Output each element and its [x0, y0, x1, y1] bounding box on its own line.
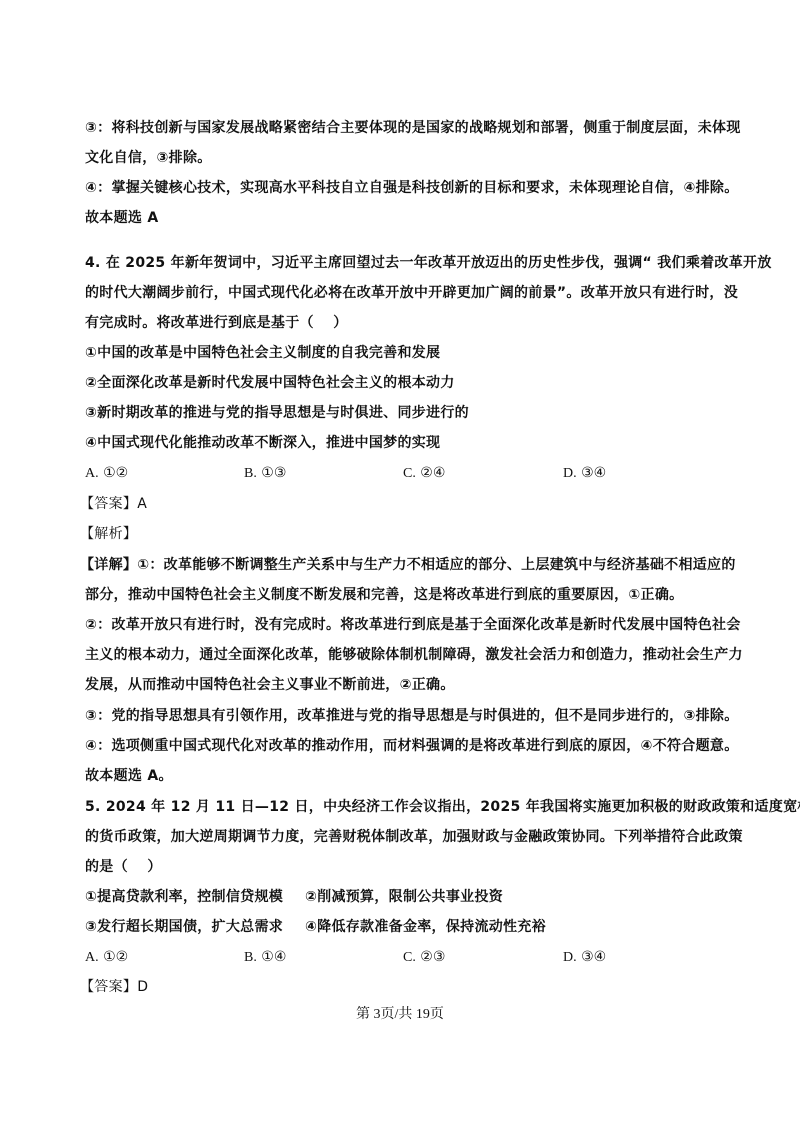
q4-answer: 【答案】A	[80, 494, 147, 514]
q4-statement: ②全面深化改革是新时代发展中国特色社会主义的根本动力	[85, 373, 455, 393]
option-label: C.	[403, 950, 416, 965]
q4-explanation-line: ③：党的指导思想具有引领作用，改革推进与党的指导思想是与时俱进的，但不是同步进行…	[85, 706, 739, 726]
q5-stem-line: 5. 2024 年 12 月 11 日—12 日，中央经济工作会议指出，2025…	[85, 797, 800, 817]
q5-option-b: B. ①④	[244, 947, 286, 968]
q5-statement: ②削减预算，限制公共事业投资	[305, 887, 503, 907]
option-label: D.	[563, 466, 577, 481]
q5-option-a: A. ①②	[85, 947, 128, 968]
option-value: ②③	[420, 949, 445, 965]
option-value: ①②	[103, 465, 128, 481]
q4-statement: ③新时期改革的推进与党的指导思想是与时俱进、同步进行的	[85, 403, 469, 423]
q4-option-d: D. ③④	[563, 463, 606, 484]
q4-conclusion: 故本题选 A。	[85, 766, 173, 786]
q4-explanation-line: 主义的根本动力，通过全面深化改革，能够破除体制机制障碍，激发社会活力和创造力，推…	[85, 645, 743, 665]
q4-options: A. ①② B. ①③ C. ②④ D. ③④	[85, 463, 725, 483]
q4-stem-line: 有完成时。将改革进行到底是基于（ ）	[85, 313, 348, 333]
q4-statement: ④中国式现代化能推动改革不断深入，推进中国梦的实现	[85, 433, 440, 453]
q4-stem-line: 的时代大潮阔步前行，中国式现代化必将在改革开放中开辟更加广阔的前景”。改革开放只…	[85, 283, 738, 303]
q4-stem-line: 4. 在 2025 年新年贺词中，习近平主席回望过去一年改革开放迈出的历史性步伐…	[85, 253, 772, 273]
q5-statement: ③发行超长期国债，扩大总需求	[85, 917, 283, 937]
explanation-line: 文化自信，③排除。	[85, 148, 212, 168]
option-value: ③④	[581, 949, 606, 965]
q5-statement: ①提高贷款利率，控制信贷规模	[85, 887, 283, 907]
q4-option-c: C. ②④	[403, 463, 445, 484]
option-label: A.	[85, 466, 99, 481]
option-label: A.	[85, 950, 99, 965]
q4-explanation-line: 发展，从而推动中国特色社会主义事业不断前进，②正确。	[85, 675, 455, 695]
q4-statement: ①中国的改革是中国特色社会主义制度的自我完善和发展	[85, 343, 440, 363]
option-label: D.	[563, 950, 577, 965]
q5-options: A. ①② B. ①④ C. ②③ D. ③④	[85, 947, 725, 967]
document-page: ③：将科技创新与国家发展战略紧密结合主要体现的是国家的战略规划和部署，侧重于制度…	[0, 0, 800, 1132]
q5-option-d: D. ③④	[563, 947, 606, 968]
q4-explanation-line: ②：改革开放只有进行时，没有完成时。将改革进行到底是基于全面深化改革是新时代发展…	[85, 615, 741, 635]
conclusion-line: 故本题选 A	[85, 208, 159, 228]
q4-analysis-title: 【解析】	[80, 524, 137, 544]
option-label: C.	[403, 466, 416, 481]
option-value: ③④	[581, 465, 606, 481]
option-label: B.	[244, 466, 257, 481]
option-label: B.	[244, 950, 257, 965]
q4-explanation-line: ④：选项侧重中国式现代化对改革的推动作用，而材料强调的是将改革进行到底的原因，④…	[85, 736, 739, 756]
page-footer: 第 3页/共 19页	[0, 1003, 800, 1023]
option-value: ②④	[420, 465, 445, 481]
q4-option-b: B. ①③	[244, 463, 286, 484]
explanation-line: ③：将科技创新与国家发展战略紧密结合主要体现的是国家的战略规划和部署，侧重于制度…	[85, 118, 741, 138]
q4-option-a: A. ①②	[85, 463, 128, 484]
option-value: ①③	[261, 465, 286, 481]
q5-option-c: C. ②③	[403, 947, 445, 968]
q5-answer: 【答案】D	[80, 977, 148, 997]
option-value: ①②	[103, 949, 128, 965]
q5-statement: ④降低存款准备金率，保持流动性充裕	[305, 917, 546, 937]
q4-explanation-line: 【详解】①：改革能够不断调整生产关系中与生产力不相适应的部分、上层建筑中与经济基…	[80, 555, 736, 575]
q5-stem-line: 的货币政策，加大逆周期调节力度，完善财税体制改革，加强财政与金融政策协同。下列举…	[85, 827, 743, 847]
q4-explanation-line: 部分，推动中国特色社会主义制度不断发展和完善，这是将改革进行到底的重要原因，①正…	[85, 585, 683, 605]
option-value: ①④	[261, 949, 286, 965]
q5-stem-line: 的是（ ）	[85, 857, 162, 877]
explanation-line: ④：掌握关键核心技术，实现高水平科技自立自强是科技创新的目标和要求，未体现理论自…	[85, 178, 739, 198]
